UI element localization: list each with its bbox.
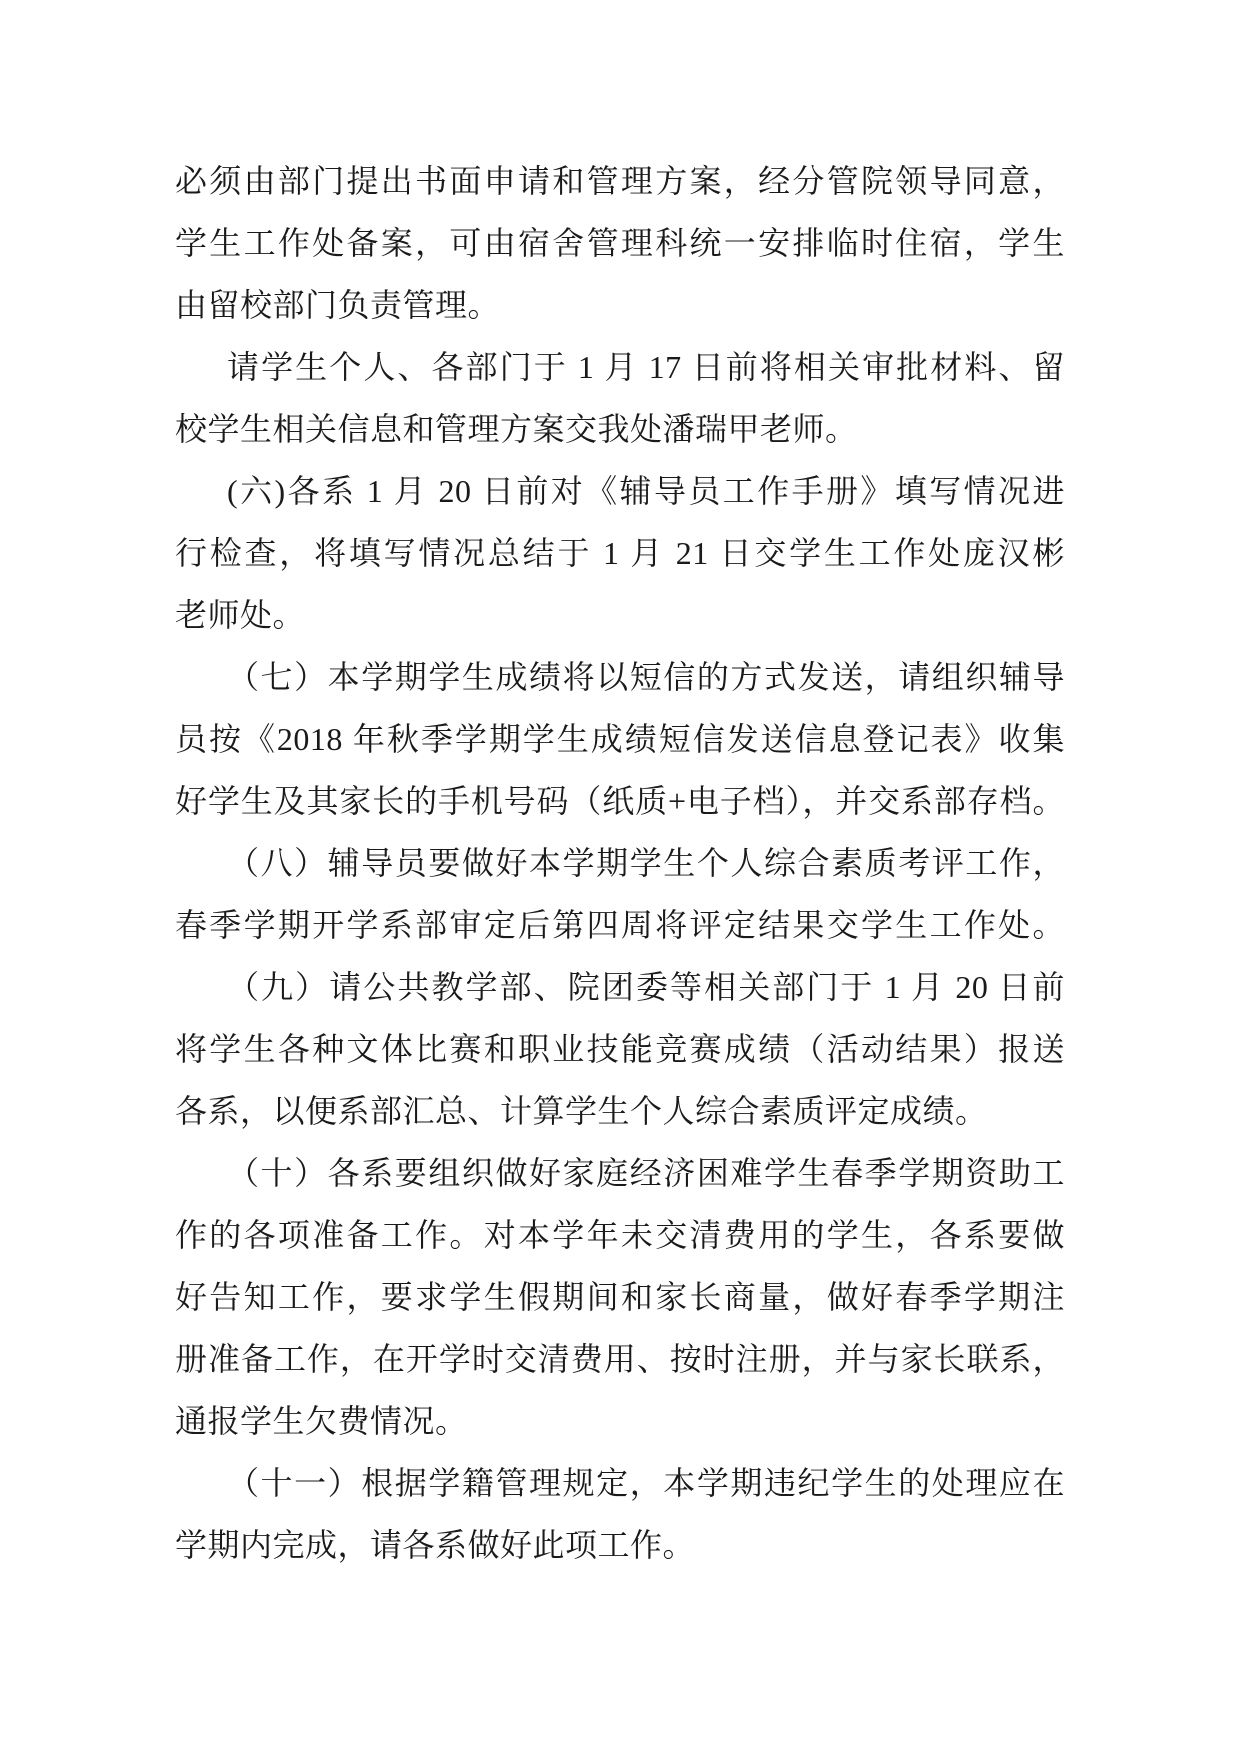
text-line: 作的各项准备工作。对本学年未交清费用的学生，各系要做 [175, 1204, 1065, 1266]
paragraph-submit-materials: 请学生个人、各部门于 1 月 17 日前将相关审批材料、留 校学生相关信息和管理… [175, 336, 1065, 460]
paragraph-item-8: （八）辅导员要做好本学期学生个人综合素质考评工作， 春季学期开学系部审定后第四周… [175, 832, 1065, 956]
text-line: （七）本学期学生成绩将以短信的方式发送，请组织辅导 [175, 646, 1065, 708]
text-line: 好学生及其家长的手机号码（纸质+电子档），并交系部存档。 [175, 770, 1065, 832]
text-line: 员按《2018 年秋季学期学生成绩短信发送信息登记表》收集 [175, 708, 1065, 770]
paragraph-item-9: （九）请公共教学部、院团委等相关部门于 1 月 20 日前 将学生各种文体比赛和… [175, 956, 1065, 1142]
text-line: 好告知工作，要求学生假期间和家长商量，做好春季学期注 [175, 1266, 1065, 1328]
text-line: 学生工作处备案，可由宿舍管理科统一安排临时住宿，学生 [175, 212, 1065, 274]
text-line: 请学生个人、各部门于 1 月 17 日前将相关审批材料、留 [175, 336, 1065, 398]
text-line: （十一）根据学籍管理规定，本学期违纪学生的处理应在 [175, 1452, 1065, 1514]
text-line: 册准备工作，在开学时交清费用、按时注册，并与家长联系， [175, 1328, 1065, 1390]
text-line: 校学生相关信息和管理方案交我处潘瑞甲老师。 [175, 398, 1065, 460]
text-line: 必须由部门提出书面申请和管理方案，经分管院领导同意， [175, 150, 1065, 212]
paragraph-item-11: （十一）根据学籍管理规定，本学期违纪学生的处理应在 学期内完成，请各系做好此项工… [175, 1452, 1065, 1576]
text-line: 老师处。 [175, 584, 1065, 646]
document-page: 必须由部门提出书面申请和管理方案，经分管院领导同意， 学生工作处备案，可由宿舍管… [0, 0, 1240, 1753]
paragraph-item-6: (六)各系 1 月 20 日前对《辅导员工作手册》填写情况进 行检查，将填写情况… [175, 460, 1065, 646]
paragraph-stay-on-campus: 必须由部门提出书面申请和管理方案，经分管院领导同意， 学生工作处备案，可由宿舍管… [175, 150, 1065, 336]
text-line: 通报学生欠费情况。 [175, 1390, 1065, 1452]
text-line: （九）请公共教学部、院团委等相关部门于 1 月 20 日前 [175, 956, 1065, 1018]
paragraph-item-10: （十）各系要组织做好家庭经济困难学生春季学期资助工 作的各项准备工作。对本学年未… [175, 1142, 1065, 1452]
text-line: （八）辅导员要做好本学期学生个人综合素质考评工作， [175, 832, 1065, 894]
text-line: 学期内完成，请各系做好此项工作。 [175, 1514, 1065, 1576]
text-line: （十）各系要组织做好家庭经济困难学生春季学期资助工 [175, 1142, 1065, 1204]
text-line: (六)各系 1 月 20 日前对《辅导员工作手册》填写情况进 [175, 460, 1065, 522]
text-line: 各系，以便系部汇总、计算学生个人综合素质评定成绩。 [175, 1080, 1065, 1142]
text-line: 春季学期开学系部审定后第四周将评定结果交学生工作处。 [175, 894, 1065, 956]
paragraph-item-7: （七）本学期学生成绩将以短信的方式发送，请组织辅导 员按《2018 年秋季学期学… [175, 646, 1065, 832]
text-line: 将学生各种文体比赛和职业技能竞赛成绩（活动结果）报送 [175, 1018, 1065, 1080]
text-line: 由留校部门负责管理。 [175, 274, 1065, 336]
document-body: 必须由部门提出书面申请和管理方案，经分管院领导同意， 学生工作处备案，可由宿舍管… [175, 150, 1065, 1576]
text-line: 行检查，将填写情况总结于 1 月 21 日交学生工作处庞汉彬 [175, 522, 1065, 584]
